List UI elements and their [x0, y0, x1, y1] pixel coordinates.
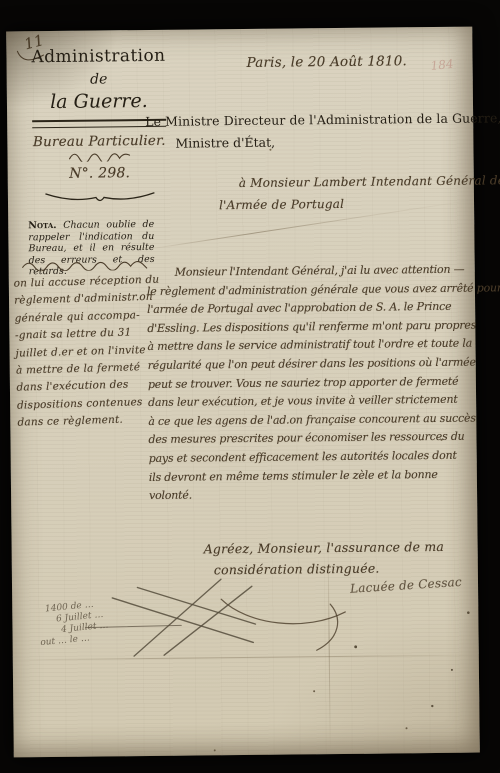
- minister-signature: Lacuée de Cessac: [350, 575, 463, 596]
- document-number: N°. 298.: [24, 165, 176, 183]
- addressee-line1: à Monsieur Lambert Intendant Général de: [239, 173, 500, 190]
- dateline: Paris, le 20 Août 1810.: [246, 53, 407, 71]
- bureau-name: Bureau Particulier.: [23, 133, 175, 151]
- margin-summary-note: on lui accuse réception durèglement d'ad…: [13, 272, 163, 433]
- addressee-line2: l'Armée de Portugal: [219, 197, 344, 212]
- letter-body: Monsieur l'Intendant Général, j'ai lu av…: [147, 260, 490, 505]
- sender-title-line1: Le Ministre Directeur de l'Administratio…: [145, 110, 485, 129]
- letter-paper: 11 Administration de la Guerre. Bureau P…: [6, 27, 480, 758]
- text-line: dans ce règlement.: [17, 411, 163, 432]
- letterhead-org-line1: Administration: [22, 46, 174, 68]
- paper-specks: [6, 31, 8, 33]
- letterhead-org-line2: de: [23, 71, 175, 89]
- cross-out-strokes: [81, 574, 260, 668]
- closing-line1: Agréez, Monsieur, l'assurance de ma: [204, 539, 445, 557]
- letterhead-brace-ornament: [44, 189, 156, 203]
- sender-title-line2: Ministre d'État,: [175, 135, 275, 151]
- text-line: volonté.: [149, 484, 489, 506]
- scanned-letter-page: 11 Administration de la Guerre. Bureau P…: [0, 0, 500, 773]
- archive-number-faint: 184: [430, 57, 454, 73]
- letterhead-org-line3: la Guerre.: [23, 90, 175, 114]
- fold-crease-horizontal: [13, 655, 479, 661]
- nota-wavy-divider: [21, 259, 161, 271]
- nota-label: Nota.: [28, 220, 56, 231]
- bureau-squiggle-flourish: [67, 151, 131, 162]
- pencil-tally-note: 1400 de …6 Juillet …4 Juillet …out … le …: [35, 587, 228, 649]
- signature-paraph-curve: [300, 602, 347, 654]
- text-line: pays et secondent efficacement les autor…: [149, 446, 489, 468]
